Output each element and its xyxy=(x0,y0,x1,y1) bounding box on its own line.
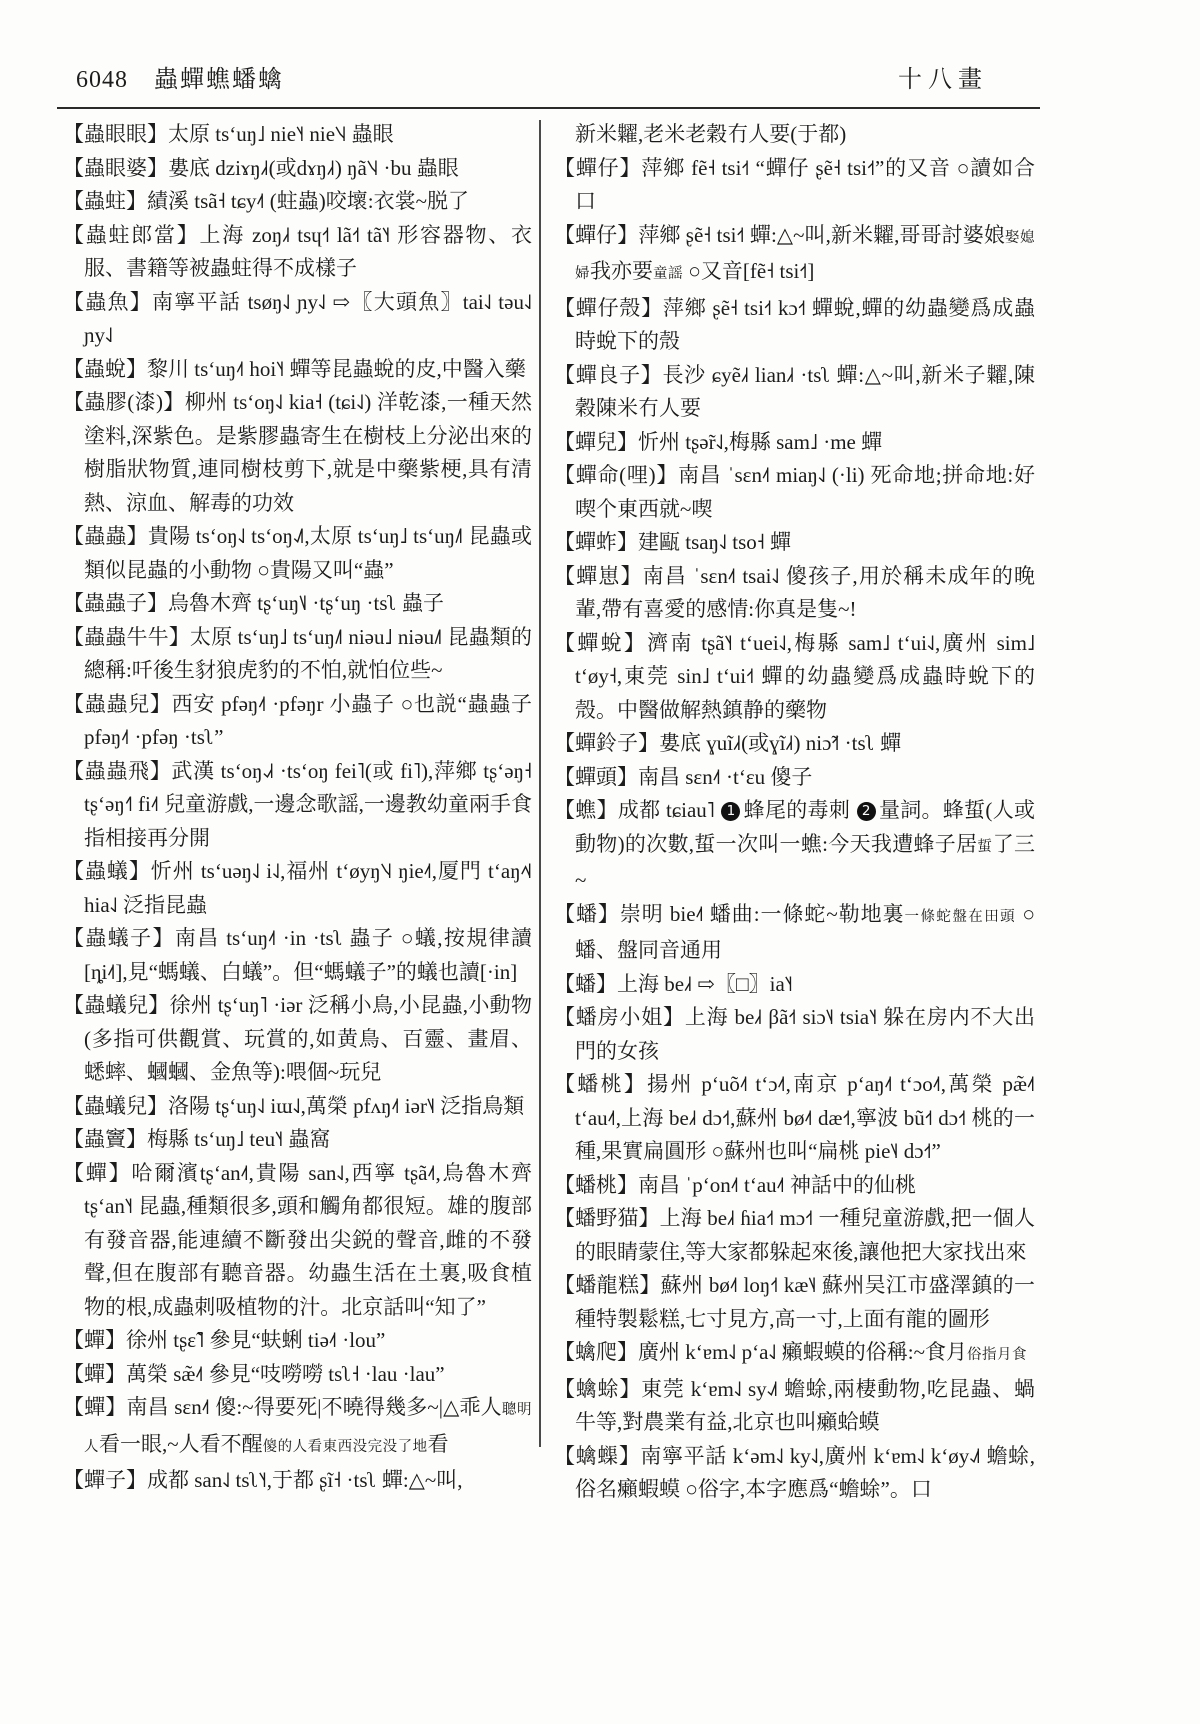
headword-range: 蟲蟬蟭蟠蠄 xyxy=(154,66,284,94)
dictionary-entry: 【蟠龍糕】蘇州 bø˨˦ loŋ˧˦ kæ˥˨ 蘇州吴江市盛澤鎮的一種特製鬆糕,… xyxy=(554,1269,1035,1336)
entry-text: ○又音[fẽ˧ tsi˧˦] xyxy=(683,259,814,283)
dictionary-entry: 【蟬頭】南昌 sɛn˨˦ ·tʻɛu 傻子 xyxy=(554,761,1035,795)
dictionary-entry: 【蟲蟲牛牛】太原 tsʻuŋ˩ tsʻuŋ˩˥ niəu˩ niəu˩˥ 昆蟲類… xyxy=(63,621,532,688)
entry-continuation: 新米糶,老米老穀冇人要(于都) xyxy=(554,118,1035,152)
dictionary-entry: 【蟲眼婆】婁底 dziɤŋ˩˧(或dɤŋ˩˧) ŋã˥˧˨ ·bu 蟲眼 xyxy=(63,152,532,186)
stroke-section-label: 十八畫 xyxy=(898,66,988,94)
entry-text: 【蟠】上海 be˩˧ ⇨〖□〗ia˥˧ xyxy=(554,972,793,996)
dictionary-entry: 【蟠桃】南昌 ˈpʻon˨˦ tʻau˨˦ 神話中的仙桃 xyxy=(554,1169,1035,1203)
entry-text: 【蟬兒】忻州 tʂə̃r˨˩,梅縣 sam˩ ·me 蟬 xyxy=(554,430,882,454)
dictionary-entry: 【蟬良子】長沙 ɕyẽ˩˧ lian˩˧ ·tsʅ 蟬:△~叫,新米子糶,陳穀陳… xyxy=(554,359,1035,426)
entry-text: 【蟬】南昌 sɛn˨˦ 傻:~得要死|不曉得幾多~|△乖人 xyxy=(63,1395,502,1419)
column-divider xyxy=(539,120,541,1447)
dictionary-entry: 【蟬】哈爾濱tʂʻan˨˦,貴陽 san˨˩,西寧 tʂã˨˦,烏魯木齊 tʂʻ… xyxy=(63,1157,532,1325)
dictionary-entry: 【蠄蜍】東莞 kʻɐm˨˩ sy˨˩˦ 蟾蜍,兩棲動物,吃昆蟲、蝸牛等,對農業有… xyxy=(554,1373,1035,1440)
small-annotation: 俗指月食 xyxy=(967,1347,1027,1363)
entry-text: 蜂尾的毒刺 xyxy=(743,798,855,822)
dictionary-entry: 【蟬蚱】建甌 tsaŋ˨˩ tso˧ 蟬 xyxy=(554,526,1035,560)
entry-text: 【蟲蛀】績溪 tsã˧ tɕy˨˦ (蛀蟲)咬壞:衣裳~脱了 xyxy=(63,189,469,213)
dictionary-entry: 【蟲蟻子】南昌 tsʻuŋ˨˦ ·in ·tsʅ 蟲子 ○蟻,按規律讀[ȵi˨˦… xyxy=(63,922,532,989)
entry-text: 【蟠桃】南昌 ˈpʻon˨˦ tʻau˨˦ 神話中的仙桃 xyxy=(554,1173,916,1197)
dictionary-entry: 【蟲蟻兒】洛陽 tʂʻuŋ˨˩ iɯ˨˩,萬榮 pfʌŋ˨˦ iər˥˨ 泛指鳥… xyxy=(63,1090,532,1124)
dictionary-entry: 【蟠】崇明 bie˨˦ 蟠曲:一條蛇~勒地裏一條蛇盤在田頭 ○蟠、盤同音通用 xyxy=(554,898,1035,968)
entry-text: 【蟲眼婆】婁底 dziɤŋ˩˧(或dɤŋ˩˧) ŋã˥˧˨ ·bu 蟲眼 xyxy=(63,156,459,180)
dictionary-entry: 【蟲蟲子】烏魯木齊 tʂʻuŋ˥˩ ·tʂʻuŋ ·tsʅ 蟲子 xyxy=(63,587,532,621)
entry-text: 看一眼,~人看不醒 xyxy=(99,1432,263,1456)
dictionary-entry: 【蟬】徐州 tʂɛ̃˥ 參見“蚨蜊 tiə˨˦ ·lou” xyxy=(63,1324,532,1358)
entry-text: 【蟬仔】萍鄉 fẽ˧ tsi˧˦ “蟬仔 ʂẽ˧ tsi˧˦”的又音 ○讀如合口 xyxy=(554,156,1035,214)
small-annotation: 傻的人看東西没完没了地 xyxy=(263,1439,428,1455)
entry-text: 【蟬】萬榮 sæ̃˨˦ 參見“吱嘮嘮 tsʅ˧ ·lau ·lau” xyxy=(63,1362,445,1386)
entry-text: 【蟭】成都 tɕiau˥ xyxy=(554,798,720,822)
entry-text: 【蠄爬】廣州 kʻɐm˨˩ pʻa˨˩ 癩蝦蟆的俗稱:~食月 xyxy=(554,1340,967,1364)
entry-text: 【蟲蟻兒】洛陽 tʂʻuŋ˨˩ iɯ˨˩,萬榮 pfʌŋ˨˦ iər˥˨ 泛指鳥… xyxy=(63,1094,524,1118)
dictionary-entry: 【蟲膠(漆)】柳州 tsʻoŋ˨˩ kia˧ (tɕi˨˩) 洋乾漆,一種天然塗… xyxy=(63,386,532,520)
entry-text: 【蟲蟻兒】徐州 tʂʻuŋ˥ ·iər 泛稱小鳥,小昆蟲,小動物(多指可供觀賞、… xyxy=(63,993,532,1084)
small-annotation: 一條蛇盤在田頭 xyxy=(905,909,1017,925)
small-annotation: 蜇 xyxy=(977,839,992,855)
entry-text: 【蟬】徐州 tʂɛ̃˥ 參見“蚨蜊 tiə˨˦ ·lou” xyxy=(63,1328,385,1352)
dictionary-entry: 【蟬子】成都 san˨˩ tsʅ˥˧,于都 ʂĩ˧ ·tsʅ 蟬:△~叫, xyxy=(63,1464,532,1498)
dictionary-entry: 【蟠野猫】上海 be˩˧ ɦia˧˦ mɔ˧˦ 一種兒童游戲,把一個人的眼睛蒙住… xyxy=(554,1202,1035,1269)
dictionary-entry: 【蟬兒】忻州 tʂə̃r˨˩,梅縣 sam˩ ·me 蟬 xyxy=(554,426,1035,460)
entry-text: 【蟲竇】梅縣 tsʻuŋ˩ teu˥˧ 蟲窩 xyxy=(63,1127,330,1151)
dictionary-entry: 【蟲蛀】績溪 tsã˧ tɕy˨˦ (蛀蟲)咬壞:衣裳~脱了 xyxy=(63,185,532,219)
dictionary-entry: 【蟬鈴子】婁底 ɣuĩ˩˧(或ɣĩ˩˧) niɔ̃˧˦ ·tsʅ 蟬 xyxy=(554,727,1035,761)
entry-text: 【蟬良子】長沙 ɕyẽ˩˧ lian˩˧ ·tsʅ 蟬:△~叫,新米子糶,陳穀陳… xyxy=(554,363,1035,421)
page-number: 6048 xyxy=(76,66,128,94)
entry-text: 【蟲魚】南寧平話 tsøŋ˨˩ ɲy˨˩ ⇨〖大頭魚〗tai˨˩ təu˨˩ ɲ… xyxy=(63,290,532,348)
dictionary-entry: 【蟲蟲兒】西安 pfəŋ˨˦ ·pfəŋr 小蟲子 ○也説“蟲蟲子 pfəŋ˨˦… xyxy=(63,688,532,755)
entry-text: 【蟬】哈爾濱tʂʻan˨˦,貴陽 san˨˩,西寧 tʂã˨˦,烏魯木齊 tʂʻ… xyxy=(63,1161,532,1319)
dictionary-entry: 【蟬仔殼】萍鄉 ʂẽ˧ tsi˧˦ kɔ˧˦ 蟬蛻,蟬的幼蟲變爲成蟲時蛻下的殼 xyxy=(554,292,1035,359)
sense-number: 1 xyxy=(721,802,740,821)
page-header: 6048 蟲蟬蟭蟠蠄 十八畫 xyxy=(0,0,1200,94)
dictionary-entry: 【蟲蟲】貴陽 tsʻoŋ˨˩ tsʻoŋ˨˩˥,太原 tsʻuŋ˩ tsʻuŋ˩… xyxy=(63,520,532,587)
dictionary-entry: 【蟲蟻兒】徐州 tʂʻuŋ˥ ·iər 泛稱小鳥,小昆蟲,小動物(多指可供觀賞、… xyxy=(63,989,532,1090)
dictionary-entry: 【蠄爬】廣州 kʻɐm˨˩ pʻa˨˩ 癩蝦蟆的俗稱:~食月俗指月食 xyxy=(554,1336,1035,1373)
entry-text: 【蟲蛀郎當】上海 zoŋ˩˧ tsɥ˧˦ lã˧˦ tã˥˧ 形容器物、衣服、書… xyxy=(63,223,532,281)
entry-text: 【蟬頭】南昌 sɛn˨˦ ·tʻɛu 傻子 xyxy=(554,765,812,789)
column-left: 【蟲眼眼】太原 tsʻuŋ˩ nie˥˧ nie˥˧˨ 蟲眼【蟲眼婆】婁底 dz… xyxy=(63,118,532,1507)
entry-text: 【蟲蟻】忻州 tsʻuəŋ˨˩ i˨˩,福州 tʻøyŋ˥˧˨ ŋie˨˦,厦門… xyxy=(63,859,532,917)
dictionary-entry: 【蟲蛀郎當】上海 zoŋ˩˧ tsɥ˧˦ lã˧˦ tã˥˧ 形容器物、衣服、書… xyxy=(63,219,532,286)
dictionary-entry: 【蟬】萬榮 sæ̃˨˦ 參見“吱嘮嘮 tsʅ˧ ·lau ·lau” xyxy=(63,1358,532,1392)
entry-text: 我亦要 xyxy=(590,259,653,283)
sense-number: 2 xyxy=(857,802,876,821)
entry-text: 【蟬子】成都 san˨˩ tsʅ˥˧,于都 ʂĩ˧ ·tsʅ 蟬:△~叫, xyxy=(63,1468,463,1492)
dictionary-entry: 【蟭】成都 tɕiau˥ 1蜂尾的毒刺 2量詞。蜂蜇(人或動物)的次數,蜇一次叫… xyxy=(554,794,1035,898)
entry-text: 【蠄蜍】東莞 kʻɐm˨˩ sy˨˩˦ 蟾蜍,兩棲動物,吃昆蟲、蝸牛等,對農業有… xyxy=(554,1377,1035,1435)
entry-text: 【蟲蟲飛】武漢 tsʻoŋ˨˩˧ ·tsʻoŋ fei˥(或 fi˥),萍鄉 t… xyxy=(63,759,532,850)
entry-text: 【蟲蟲牛牛】太原 tsʻuŋ˩ tsʻuŋ˩˥ niəu˩ niəu˩˥ 昆蟲類… xyxy=(63,625,532,683)
dictionary-entry: 【蟬命(哩)】南昌 ˈsɛn˨˦ miaŋ˨˩ (·li) 死命地;拼命地:好喫… xyxy=(554,459,1035,526)
entry-text: 【蟲蟲兒】西安 pfəŋ˨˦ ·pfəŋr 小蟲子 ○也説“蟲蟲子 pfəŋ˨˦… xyxy=(63,692,532,750)
dictionary-entry: 【蟠】上海 be˩˧ ⇨〖□〗ia˥˧ xyxy=(554,968,1035,1002)
entry-text: 【蟲蟲子】烏魯木齊 tʂʻuŋ˥˩ ·tʂʻuŋ ·tsʅ 蟲子 xyxy=(63,591,444,615)
entry-text: 【蟠】崇明 bie˨˦ 蟠曲:一條蛇~勒地裏 xyxy=(554,902,905,926)
entry-text: 【蟬命(哩)】南昌 ˈsɛn˨˦ miaŋ˨˩ (·li) 死命地;拼命地:好喫… xyxy=(554,463,1035,521)
dictionary-entry: 【蟲魚】南寧平話 tsøŋ˨˩ ɲy˨˩ ⇨〖大頭魚〗tai˨˩ təu˨˩ ɲ… xyxy=(63,286,532,353)
entry-text: 【蟲蟲】貴陽 tsʻoŋ˨˩ tsʻoŋ˨˩˥,太原 tsʻuŋ˩ tsʻuŋ˩… xyxy=(63,524,532,582)
dictionary-entry: 【蟬崽】南昌 ˈsɛn˨˦ tsai˨˩ 傻孩子,用於稱未成年的晚輩,帶有喜愛的… xyxy=(554,560,1035,627)
header-rule xyxy=(57,107,1040,109)
entry-text: 【蟲膠(漆)】柳州 tsʻoŋ˨˩ kia˧ (tɕi˨˩) 洋乾漆,一種天然塗… xyxy=(63,390,532,515)
dictionary-entry: 【蟲蟻】忻州 tsʻuəŋ˨˩ i˨˩,福州 tʻøyŋ˥˧˨ ŋie˨˦,厦門… xyxy=(63,855,532,922)
entry-text: 【蟬蛻】濟南 tʂã˥˧ tʻuei˨˩,梅縣 sam˩ tʻui˨˩,廣州 s… xyxy=(554,631,1035,722)
dictionary-entry: 【蟬仔】萍鄉 fẽ˧ tsi˧˦ “蟬仔 ʂẽ˧ tsi˧˦”的又音 ○讀如合口 xyxy=(554,152,1035,219)
entry-text: 【蟠龍糕】蘇州 bø˨˦ loŋ˧˦ kæ˥˨ 蘇州吴江市盛澤鎮的一種特製鬆糕,… xyxy=(554,1273,1035,1331)
dictionary-entry: 【蟲蛻】黎川 tsʻuŋ˨˦ hoi˥˧ 蟬等昆蟲蛻的皮,中醫入藥 xyxy=(63,353,532,387)
entry-text: 【蟲蟻子】南昌 tsʻuŋ˨˦ ·in ·tsʅ 蟲子 ○蟻,按規律讀[ȵi˨˦… xyxy=(63,926,532,984)
dictionary-entry: 【蟬蛻】濟南 tʂã˥˧ tʻuei˨˩,梅縣 sam˩ tʻui˨˩,廣州 s… xyxy=(554,627,1035,728)
page-header-left: 6048 蟲蟬蟭蟠蠄 xyxy=(76,66,284,94)
dictionary-entry: 【蟲眼眼】太原 tsʻuŋ˩ nie˥˧ nie˥˧˨ 蟲眼 xyxy=(63,118,532,152)
entry-text: 【蟲眼眼】太原 tsʻuŋ˩ nie˥˧ nie˥˧˨ 蟲眼 xyxy=(63,122,394,146)
dictionary-columns: 【蟲眼眼】太原 tsʻuŋ˩ nie˥˧ nie˥˧˨ 蟲眼【蟲眼婆】婁底 dz… xyxy=(63,118,1041,1507)
dictionary-entry: 【蟲竇】梅縣 tsʻuŋ˩ teu˥˧ 蟲窩 xyxy=(63,1123,532,1157)
dictionary-entry: 【蟬仔】萍鄉 ʂẽ˧ tsi˧˦ 蟬:△~叫,新米糶,哥哥討婆娘娶媳婦我亦要童謡… xyxy=(554,219,1035,292)
entry-text: 【蟬蚱】建甌 tsaŋ˨˩ tso˧ 蟬 xyxy=(554,530,791,554)
dictionary-entry: 【蠄蟝】南寧平話 kʻəm˨˩ ky˨˩,廣州 kʻɐm˨˩ kʻøy˨˩˦ 蟾… xyxy=(554,1440,1035,1507)
column-right: 新米糶,老米老穀冇人要(于都)【蟬仔】萍鄉 fẽ˧ tsi˧˦ “蟬仔 ʂẽ˧ … xyxy=(547,118,1035,1507)
entry-text: 新米糶,老米老穀冇人要(于都) xyxy=(575,122,846,146)
entry-text: 【蟬崽】南昌 ˈsɛn˨˦ tsai˨˩ 傻孩子,用於稱未成年的晚輩,帶有喜愛的… xyxy=(554,564,1035,622)
entry-text: 【蟠桃】揚州 pʻuõ˨˦ tʻɔ˨˦,南京 pʻaŋ˨˦ tʻɔo˨˦,萬榮 … xyxy=(554,1072,1035,1163)
small-annotation: 童謡 xyxy=(653,266,683,282)
dictionary-entry: 【蟠房小姐】上海 be˩˧ βã˧˦ siɔ˥˨ tsia˥˧ 躲在房内不大出門… xyxy=(554,1001,1035,1068)
dictionary-page: 6048 蟲蟬蟭蟠蠄 十八畫 【蟲眼眼】太原 tsʻuŋ˩ nie˥˧ nie˥… xyxy=(0,0,1200,1724)
entry-text: 【蠄蟝】南寧平話 kʻəm˨˩ ky˨˩,廣州 kʻɐm˨˩ kʻøy˨˩˦ 蟾… xyxy=(554,1444,1035,1502)
dictionary-entry: 【蟠桃】揚州 pʻuõ˨˦ tʻɔ˨˦,南京 pʻaŋ˨˦ tʻɔo˨˦,萬榮 … xyxy=(554,1068,1035,1169)
entry-text: 【蟬仔殼】萍鄉 ʂẽ˧ tsi˧˦ kɔ˧˦ 蟬蛻,蟬的幼蟲變爲成蟲時蛻下的殼 xyxy=(554,296,1035,354)
entry-text: 【蟬仔】萍鄉 ʂẽ˧ tsi˧˦ 蟬:△~叫,新米糶,哥哥討婆娘 xyxy=(554,223,1005,247)
entry-text: 【蟲蛻】黎川 tsʻuŋ˨˦ hoi˥˧ 蟬等昆蟲蛻的皮,中醫入藥 xyxy=(63,357,526,381)
dictionary-entry: 【蟲蟲飛】武漢 tsʻoŋ˨˩˧ ·tsʻoŋ fei˥(或 fi˥),萍鄉 t… xyxy=(63,755,532,856)
entry-text: 【蟠野猫】上海 be˩˧ ɦia˧˦ mɔ˧˦ 一種兒童游戲,把一個人的眼睛蒙住… xyxy=(554,1206,1035,1264)
entry-text: 【蟬鈴子】婁底 ɣuĩ˩˧(或ɣĩ˩˧) niɔ̃˧˦ ·tsʅ 蟬 xyxy=(554,731,901,755)
entry-text: 【蟠房小姐】上海 be˩˧ βã˧˦ siɔ˥˨ tsia˥˧ 躲在房内不大出門… xyxy=(554,1005,1035,1063)
dictionary-entry: 【蟬】南昌 sɛn˨˦ 傻:~得要死|不曉得幾多~|△乖人聰明人看一眼,~人看不… xyxy=(63,1391,532,1464)
entry-text: 看 xyxy=(428,1432,449,1456)
